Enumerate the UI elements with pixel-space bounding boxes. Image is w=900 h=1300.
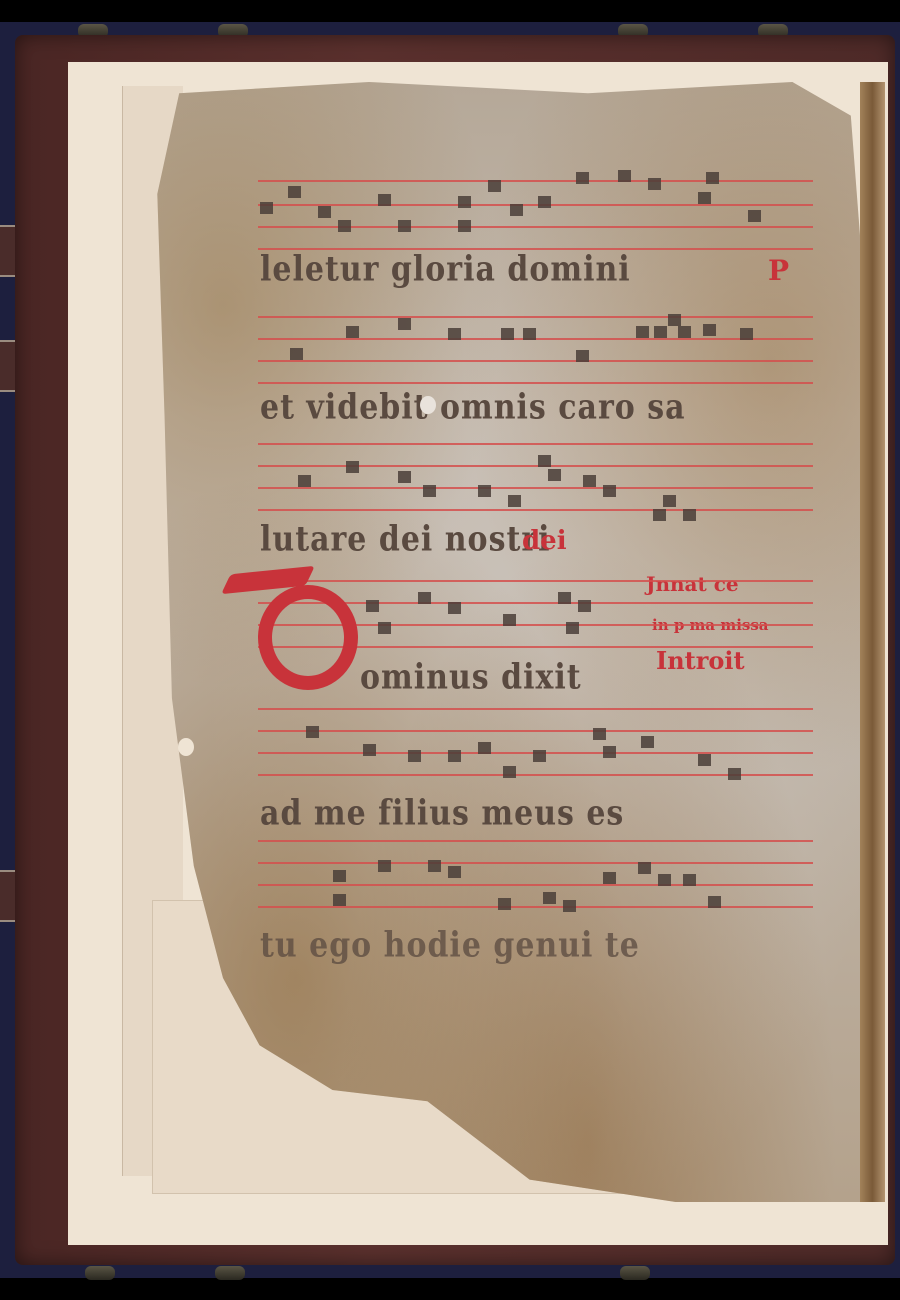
strap-3 — [0, 870, 16, 922]
strap-2 — [0, 340, 16, 392]
clasp-bottom-right — [620, 1266, 650, 1280]
clasp-bottom-mid — [215, 1266, 245, 1280]
staff-5 — [258, 706, 813, 786]
rubric-top-right: P — [768, 254, 789, 287]
strap-1 — [0, 225, 16, 277]
clasp-bottom-left — [85, 1266, 115, 1280]
lyric-line-1: leletur gloria domini — [260, 249, 820, 289]
lyric-line-6: tu ego hodie genui te — [260, 925, 820, 965]
staff-3 — [258, 441, 813, 531]
initial-letter — [258, 585, 358, 690]
gutter-edge — [860, 82, 885, 1202]
damage-hole — [178, 738, 194, 756]
staff-2 — [258, 314, 813, 394]
lyric-line-4: ominus dixit — [360, 657, 900, 697]
staff-1 — [258, 176, 813, 256]
lyric-line-2: et videbit omnis caro sa — [260, 387, 820, 427]
rubric-inline: dei — [522, 526, 567, 556]
damage-hole — [420, 396, 436, 414]
staff-6 — [258, 836, 813, 916]
lyric-line-5: ad me filius meus es — [260, 793, 820, 833]
